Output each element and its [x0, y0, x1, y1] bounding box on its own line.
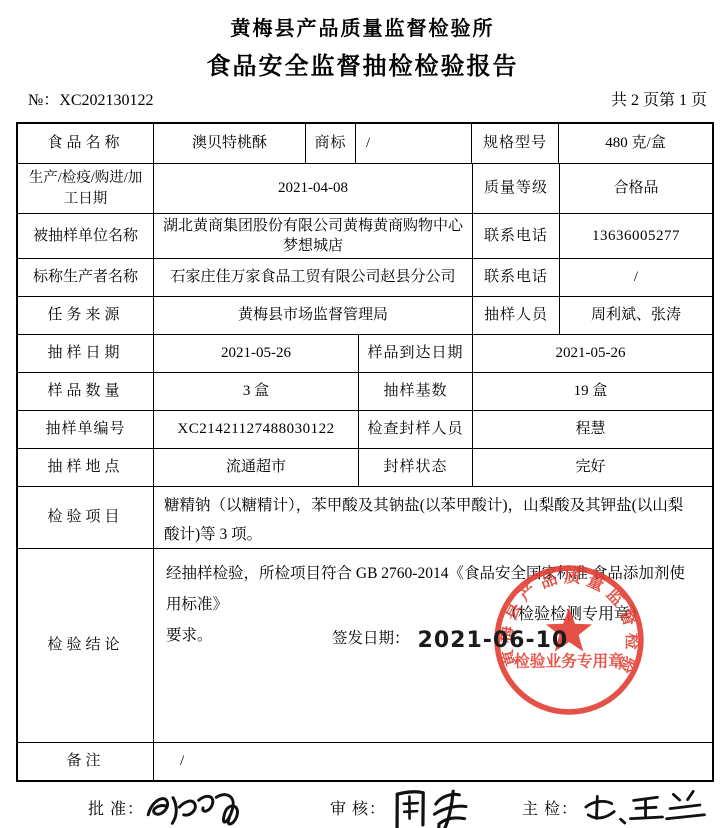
spec-value: 480 克/盒 [559, 124, 712, 163]
seal-status-label: 封样状态 [359, 449, 473, 486]
spec-label: 规格型号 [472, 124, 559, 163]
trademark-value: / [356, 124, 472, 163]
task-source-value: 黄梅县市场监督管理局 [154, 297, 473, 334]
table-row: 抽样单编号 XC21421127488030122 检查封样人员 程慧 [18, 411, 712, 449]
report-page: 黄梅县产品质量监督检验所 食品安全监督抽检检验报告 №：XC202130122 … [0, 0, 725, 828]
table-row: 抽样地点 流通超市 封样状态 完好 [18, 449, 712, 487]
table-row: 样品数量 3 盒 抽样基数 19 盒 [18, 373, 712, 411]
base-qty-label: 抽样基数 [359, 373, 473, 410]
sampling-date-label: 抽样日期 [18, 335, 154, 372]
conclusion-label: 检验结论 [18, 549, 154, 742]
report-number: №：XC202130122 [28, 87, 154, 110]
review-label: 审 核： [330, 796, 386, 819]
trademark-label: 商标 [306, 124, 356, 163]
remarks-value: / [154, 743, 708, 780]
issue-date-label: 签发日期： [332, 623, 410, 654]
sample-qty-value: 3 盒 [154, 373, 359, 410]
report-number-value: XC202130122 [59, 92, 153, 109]
base-qty-value: 19 盒 [473, 373, 708, 410]
report-number-label: №： [28, 92, 59, 109]
producer-phone-label: 联系电话 [473, 259, 560, 296]
table-row: 标称生产者名称 石家庄佳万家食品工贸有限公司赵县分公司 联系电话 / [18, 259, 712, 297]
chief-label: 主 检： [522, 796, 578, 819]
quality-grade-label: 质量等级 [473, 164, 560, 213]
producer-label: 标称生产者名称 [18, 259, 154, 296]
producer-phone-value: / [560, 259, 712, 296]
food-name-label: 食品名称 [18, 124, 154, 163]
table-row: 检验项目 糖精钠（以糖精计），苯甲酸及其钠盐(以苯甲酸计)，山梨酸及其钾盐(以山… [18, 487, 712, 549]
task-source-label: 任务来源 [18, 297, 154, 334]
approver-signature [141, 781, 261, 828]
sampled-unit-label: 被抽样单位名称 [18, 214, 154, 258]
sampled-unit-value: 湖北黄商集团股份有限公司黄梅黄商购物中心梦想城店 [154, 214, 473, 258]
table-row: 检验结论 经抽样检验，所检项目符合 GB 2760-2014《食品安全国家标准 … [18, 549, 712, 743]
test-items-value: 糖精钠（以糖精计），苯甲酸及其钠盐(以苯甲酸计)，山梨酸及其钾盐(以山梨酸计)等… [154, 487, 708, 548]
food-name-value: 澳贝特桃酥 [154, 124, 306, 163]
table-row: 生产/检疫/购进/加工日期 2021-04-08 质量等级 合格品 [18, 164, 712, 214]
sampling-date-value: 2021-05-26 [154, 335, 359, 372]
issue-date-value: 2021-06-10 [418, 625, 569, 656]
reviewer-signature [385, 779, 492, 828]
report-table: 食品名称 澳贝特桃酥 商标 / 规格型号 480 克/盒 生产/检疫/购进/加工… [16, 122, 714, 782]
sheet-no-label: 抽样单编号 [18, 411, 154, 448]
sealer-label: 检查封样人员 [359, 411, 473, 448]
sampled-unit-phone-label: 联系电话 [473, 214, 560, 258]
remarks-label: 备注 [18, 743, 154, 780]
samplers-label: 抽样人员 [473, 297, 560, 334]
sheet-no-value: XC21421127488030122 [154, 411, 359, 448]
table-row: 被抽样单位名称 湖北黄商集团股份有限公司黄梅黄商购物中心梦想城店 联系电话 13… [18, 214, 712, 259]
sealer-value: 程慧 [473, 411, 708, 448]
arrival-date-label: 样品到达日期 [359, 335, 473, 372]
signature-footer: 批 准： 审 核： 主 检： [0, 784, 725, 828]
samplers-value: 周利斌、张涛 [560, 297, 712, 334]
approve-label: 批 准： [88, 796, 144, 819]
seal-status-value: 完好 [473, 449, 708, 486]
table-row: 抽样日期 2021-05-26 样品到达日期 2021-05-26 [18, 335, 712, 373]
quality-grade-value: 合格品 [560, 164, 712, 213]
org-title: 黄梅县产品质量监督检验所 [0, 12, 725, 41]
table-row: 食品名称 澳贝特桃酥 商标 / 规格型号 480 克/盒 [18, 124, 712, 164]
sampling-place-label: 抽样地点 [18, 449, 154, 486]
sampling-place-value: 流通超市 [154, 449, 359, 486]
prod-date-value: 2021-04-08 [154, 164, 473, 213]
table-row: 任务来源 黄梅县市场监督管理局 抽样人员 周利斌、张涛 [18, 297, 712, 335]
sample-qty-label: 样品数量 [18, 373, 154, 410]
conclusion-cell: 经抽样检验，所检项目符合 GB 2760-2014《食品安全国家标准 食品添加剂… [154, 549, 708, 742]
producer-value: 石家庄佳万家食品工贸有限公司赵县分公司 [154, 259, 473, 296]
page-info: 共 2 页第 1 页 [611, 87, 707, 110]
prod-date-label: 生产/检疫/购进/加工日期 [18, 164, 154, 213]
sampled-unit-phone-value: 13636005277 [560, 214, 712, 258]
chief-inspector-signature [577, 785, 709, 828]
arrival-date-value: 2021-05-26 [473, 335, 708, 372]
issue-date-line: 签发日期： 2021-06-10 [332, 623, 568, 654]
report-title: 食品安全监督抽检检验报告 [0, 46, 725, 81]
test-items-label: 检验项目 [18, 487, 154, 548]
table-row: 备注 / [18, 743, 712, 780]
